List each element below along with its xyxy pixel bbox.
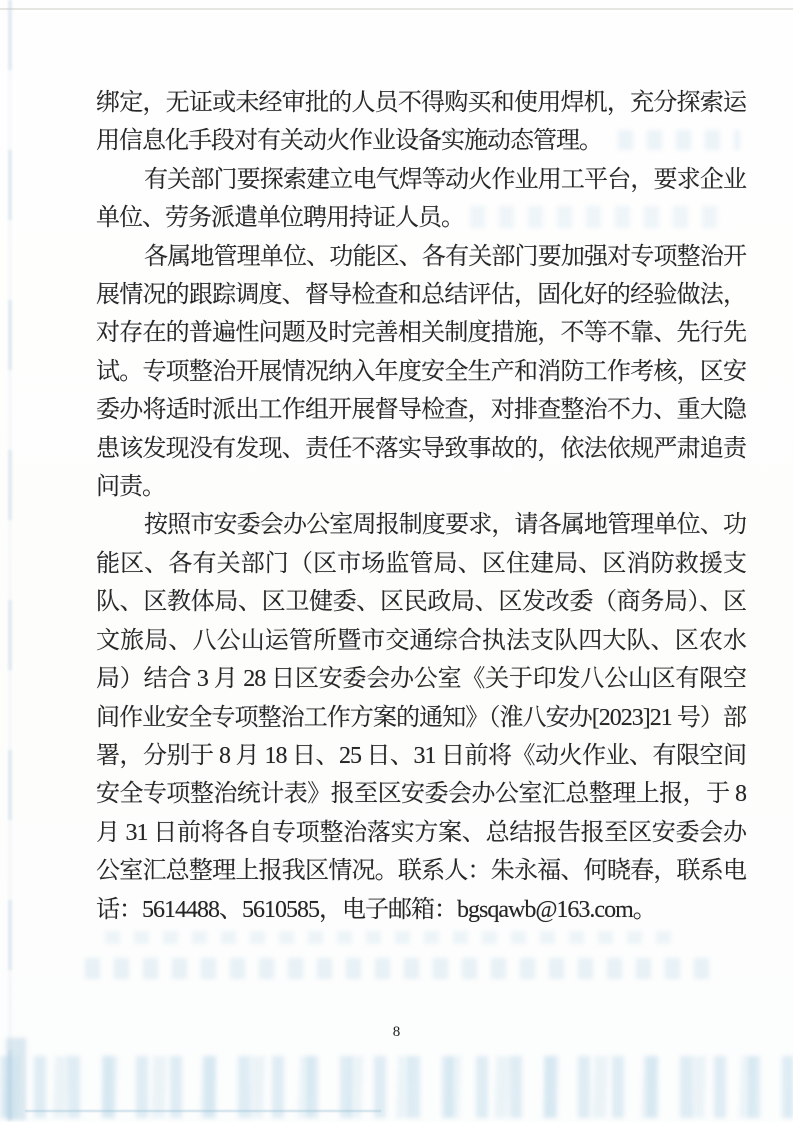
scanned-document-page: 绑定，无证或未经审批的人员不得购买和使用焊机，充分探索运用信息化手段对有关动火作… <box>0 0 793 1122</box>
page-number: 8 <box>0 1024 793 1041</box>
body-paragraph-continuation: 绑定，无证或未经审批的人员不得购买和使用焊机，充分探索运用信息化手段对有关动火作… <box>96 84 746 161</box>
scan-left-edge-strip <box>8 0 12 1122</box>
body-paragraph: 各属地管理单位、功能区、各有关部门要加强对专项整治开展情况的跟踪调度、督导检查和… <box>96 238 746 507</box>
bleed-through-line <box>25 1110 381 1112</box>
body-paragraph-contact: 按照市安委会办公室周报制度要求，请各属地管理单位、功能区、各有关部门（区市场监管… <box>96 506 746 928</box>
scan-corner-smudge <box>6 1038 26 1120</box>
scan-top-edge-line <box>0 8 793 10</box>
bleed-through-row <box>105 931 677 944</box>
bleed-through-band <box>0 1056 793 1118</box>
document-body-text: 绑定，无证或未经审批的人员不得购买和使用焊机，充分探索运用信息化手段对有关动火作… <box>96 84 746 929</box>
bleed-through-row <box>85 958 711 979</box>
body-paragraph: 有关部门要探索建立电气焊等动火作业用工平台，要求企业单位、劳务派遣单位聘用持证人… <box>96 161 746 238</box>
